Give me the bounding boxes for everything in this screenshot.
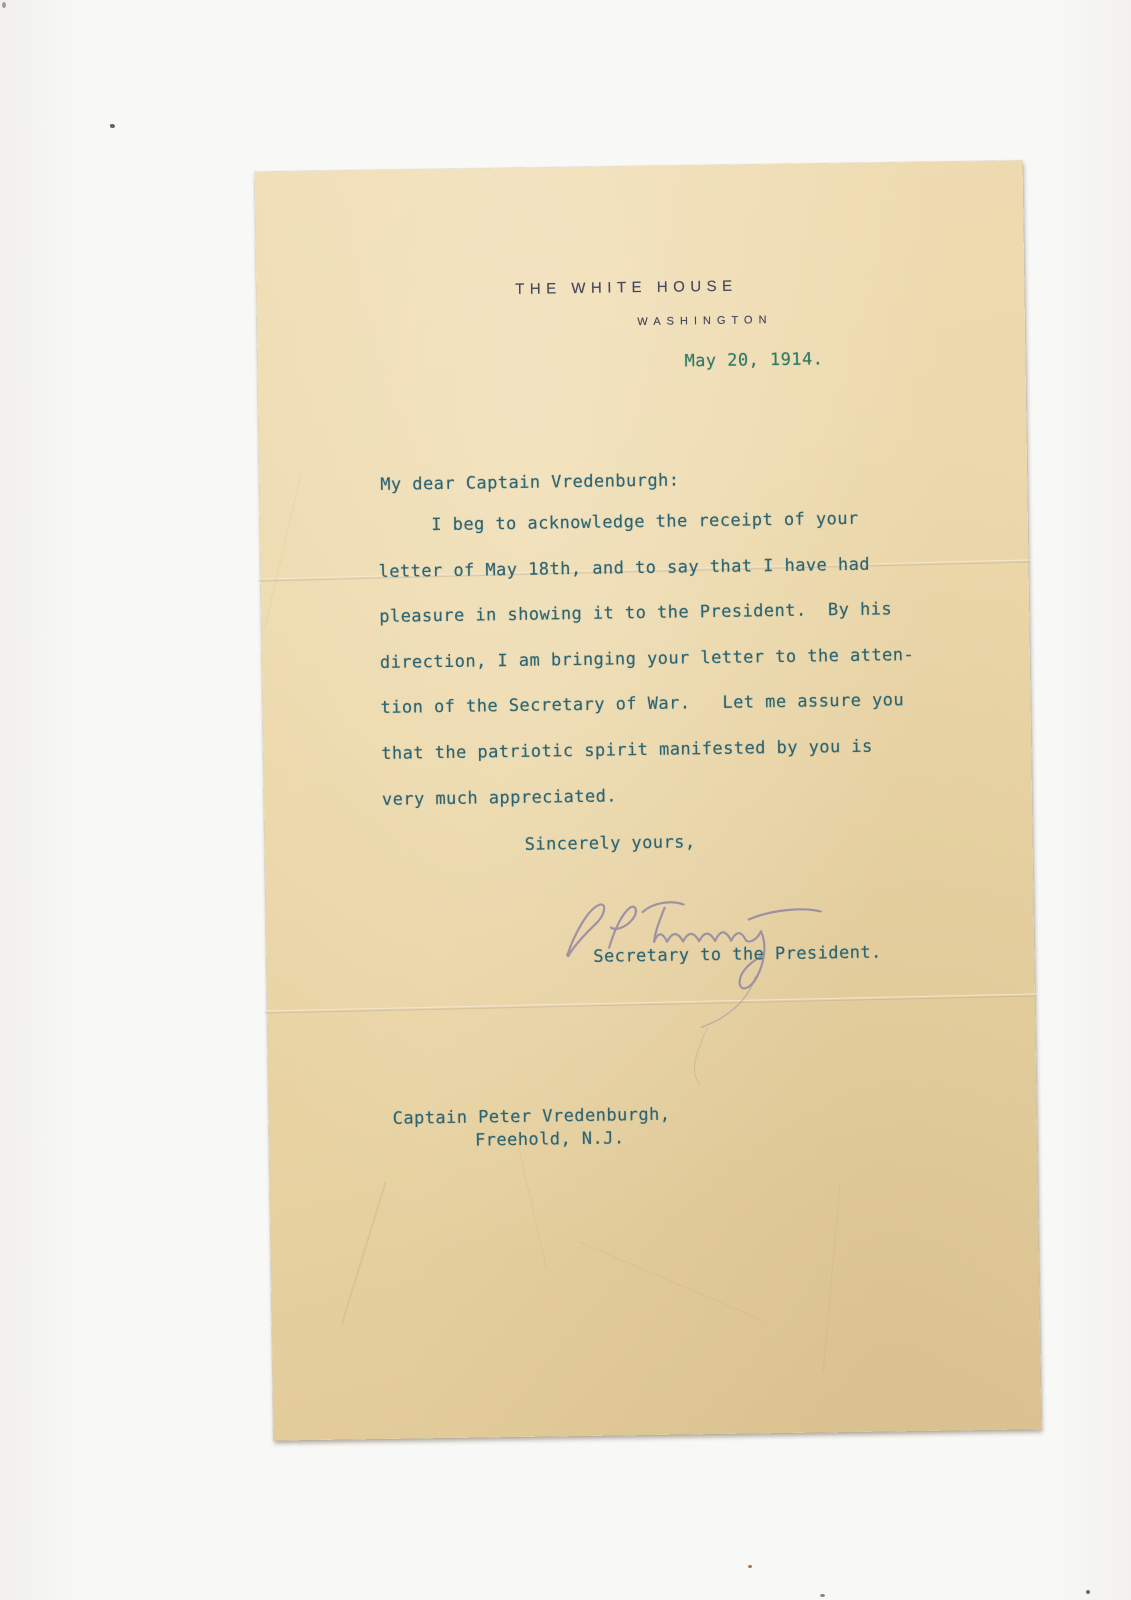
- closing: Sincerely yours,: [524, 832, 695, 855]
- letter-date: May 20, 1914.: [684, 349, 823, 371]
- letterhead-line2: WASHINGTON: [637, 310, 772, 332]
- letterhead-line1: THE WHITE HOUSE: [515, 277, 738, 300]
- dust-speck: [2, 2, 6, 8]
- scanned-letter-screenshot: { "document": { "letterhead": { "line1":…: [0, 0, 1131, 1600]
- pencil-scratch: [694, 1027, 708, 1085]
- paper-scratch: [341, 1181, 387, 1325]
- signature-title: Secretary to the President.: [593, 943, 882, 967]
- paper-scratch: [264, 473, 301, 629]
- letter-paper: THE WHITE HOUSE WASHINGTON May 20, 1914.…: [255, 160, 1042, 1440]
- dust-speck: [748, 1565, 752, 1568]
- letter-body: I beg to acknowledge the receipt of your…: [378, 496, 917, 823]
- salutation: My dear Captain Vredenburgh:: [380, 470, 679, 494]
- recipient-line2: Freehold, N.J.: [475, 1128, 625, 1150]
- recipient-line1: Captain Peter Vredenburgh,: [393, 1105, 671, 1129]
- dust-speck: [1086, 1590, 1090, 1594]
- paper-scratch: [823, 1184, 841, 1373]
- paper-scratch: [579, 1241, 763, 1321]
- dust-speck: [110, 124, 115, 128]
- dust-speck: [820, 1594, 825, 1597]
- fold-crease-lower: [265, 993, 1037, 1013]
- paper-scratch: [518, 1147, 547, 1269]
